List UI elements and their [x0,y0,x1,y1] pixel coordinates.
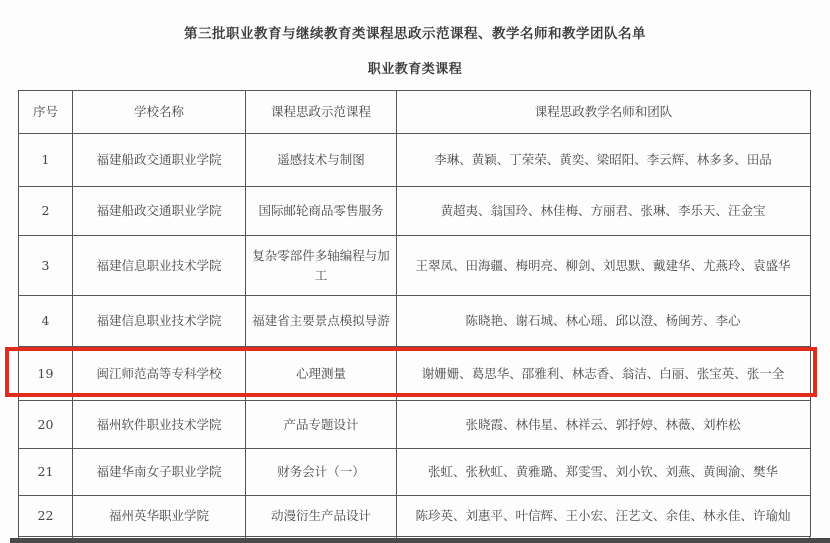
teacher-team: 陈晓艳、谢石城、林心瑶、邱以澄、杨闽芳、李心 [397,296,811,347]
course-name: 产品专题设计 [246,401,397,449]
row-number: 20 [19,401,73,449]
school-name: 福建信息职业技术学院 [73,296,246,347]
teacher-team: 陈珍英、刘惠平、叶信辉、王小宏、汪艺文、余佳、林永佳、许瑜灿 [397,496,811,537]
header-cell-team: 课程思政教学名师和团队 [397,91,811,134]
row-number: 21 [19,449,73,496]
table-row: 3福建信息职业技术学院复杂零部件多轴编程与加工王翠凤、田海疆、梅明亮、柳剑、刘思… [19,236,811,296]
teacher-team: 黄超夷、翁国玲、林佳梅、方丽君、张琳、李乐天、汪金宝 [397,187,811,236]
table-row: 1福建船政交通职业学院遥感技术与制图李琳、黄颖、丁荣荣、黄奕、梁昭阳、李云辉、林… [19,134,811,187]
course-name: 国际邮轮商品零售服务 [246,187,397,236]
row-number: 3 [19,236,73,296]
header-cell-school: 学校名称 [73,91,246,134]
course-name: 心理测量 [246,347,397,401]
school-name: 福州软件职业技术学院 [73,401,246,449]
table-header-row: 序号 学校名称 课程思政示范课程 课程思政教学名师和团队 [19,91,811,134]
table-row: 4福建信息职业技术学院福建省主要景点模拟导游陈晓艳、谢石城、林心瑶、邱以澄、杨闽… [19,296,811,347]
document-subtitle: 职业教育类课程 [0,58,830,77]
course-name: 福建省主要景点模拟导游 [246,296,397,347]
teacher-team: 王翠凤、田海疆、梅明亮、柳剑、刘思默、戴建华、尤燕玲、袁盛华 [397,236,811,296]
row-number: 4 [19,296,73,347]
header-cell-course: 课程思政示范课程 [246,91,397,134]
row-number: 19 [19,347,73,401]
course-name: 财务会计（一） [246,449,397,496]
school-name: 闽江师范高等专科学校 [73,347,246,401]
table-row: 2福建船政交通职业学院国际邮轮商品零售服务黄超夷、翁国玲、林佳梅、方丽君、张琳、… [19,187,811,236]
teacher-team: 张虹、张秋虹、黄雅璐、郑雯雪、刘小钦、刘燕、黄闽渝、樊华 [397,449,811,496]
document-page: 第三批职业教育与继续教育类课程思政示范课程、教学名师和教学团队名单 职业教育类课… [0,0,830,543]
row-number: 2 [19,187,73,236]
course-name: 动漫衍生产品设计 [246,496,397,537]
course-name: 复杂零部件多轴编程与加工 [246,236,397,296]
school-name: 福建信息职业技术学院 [73,236,246,296]
teacher-team: 谢姗姗、葛思华、邵雅利、林志香、翁洁、白丽、张宝英、张一全 [397,347,811,401]
table-row: 20福州软件职业技术学院产品专题设计张晓霞、林伟星、林祥云、郭抒婷、林薇、刘柞松 [19,401,811,449]
document-title: 第三批职业教育与继续教育类课程思政示范课程、教学名师和教学团队名单 [0,22,830,42]
table-row: 21福建华南女子职业学院财务会计（一）张虹、张秋虹、黄雅璐、郑雯雪、刘小钦、刘燕… [19,449,811,496]
teacher-team: 张晓霞、林伟星、林祥云、郭抒婷、林薇、刘柞松 [397,401,811,449]
course-name: 遥感技术与制图 [246,134,397,187]
row-number: 1 [19,134,73,187]
school-name: 福建船政交通职业学院 [73,134,246,187]
table-row: 19闽江师范高等专科学校心理测量谢姗姗、葛思华、邵雅利、林志香、翁洁、白丽、张宝… [19,347,811,401]
header-cell-no: 序号 [19,91,73,134]
row-number: 22 [19,496,73,537]
bottom-edge-band [10,538,830,543]
school-name: 福州英华职业学院 [73,496,246,537]
courses-table: 序号 学校名称 课程思政示范课程 课程思政教学名师和团队 1福建船政交通职业学院… [18,90,811,537]
teacher-team: 李琳、黄颖、丁荣荣、黄奕、梁昭阳、李云辉、林多多、田品 [397,134,811,187]
school-name: 福建华南女子职业学院 [73,449,246,496]
school-name: 福建船政交通职业学院 [73,187,246,236]
table-row: 22福州英华职业学院动漫衍生产品设计陈珍英、刘惠平、叶信辉、王小宏、汪艺文、余佳… [19,496,811,537]
